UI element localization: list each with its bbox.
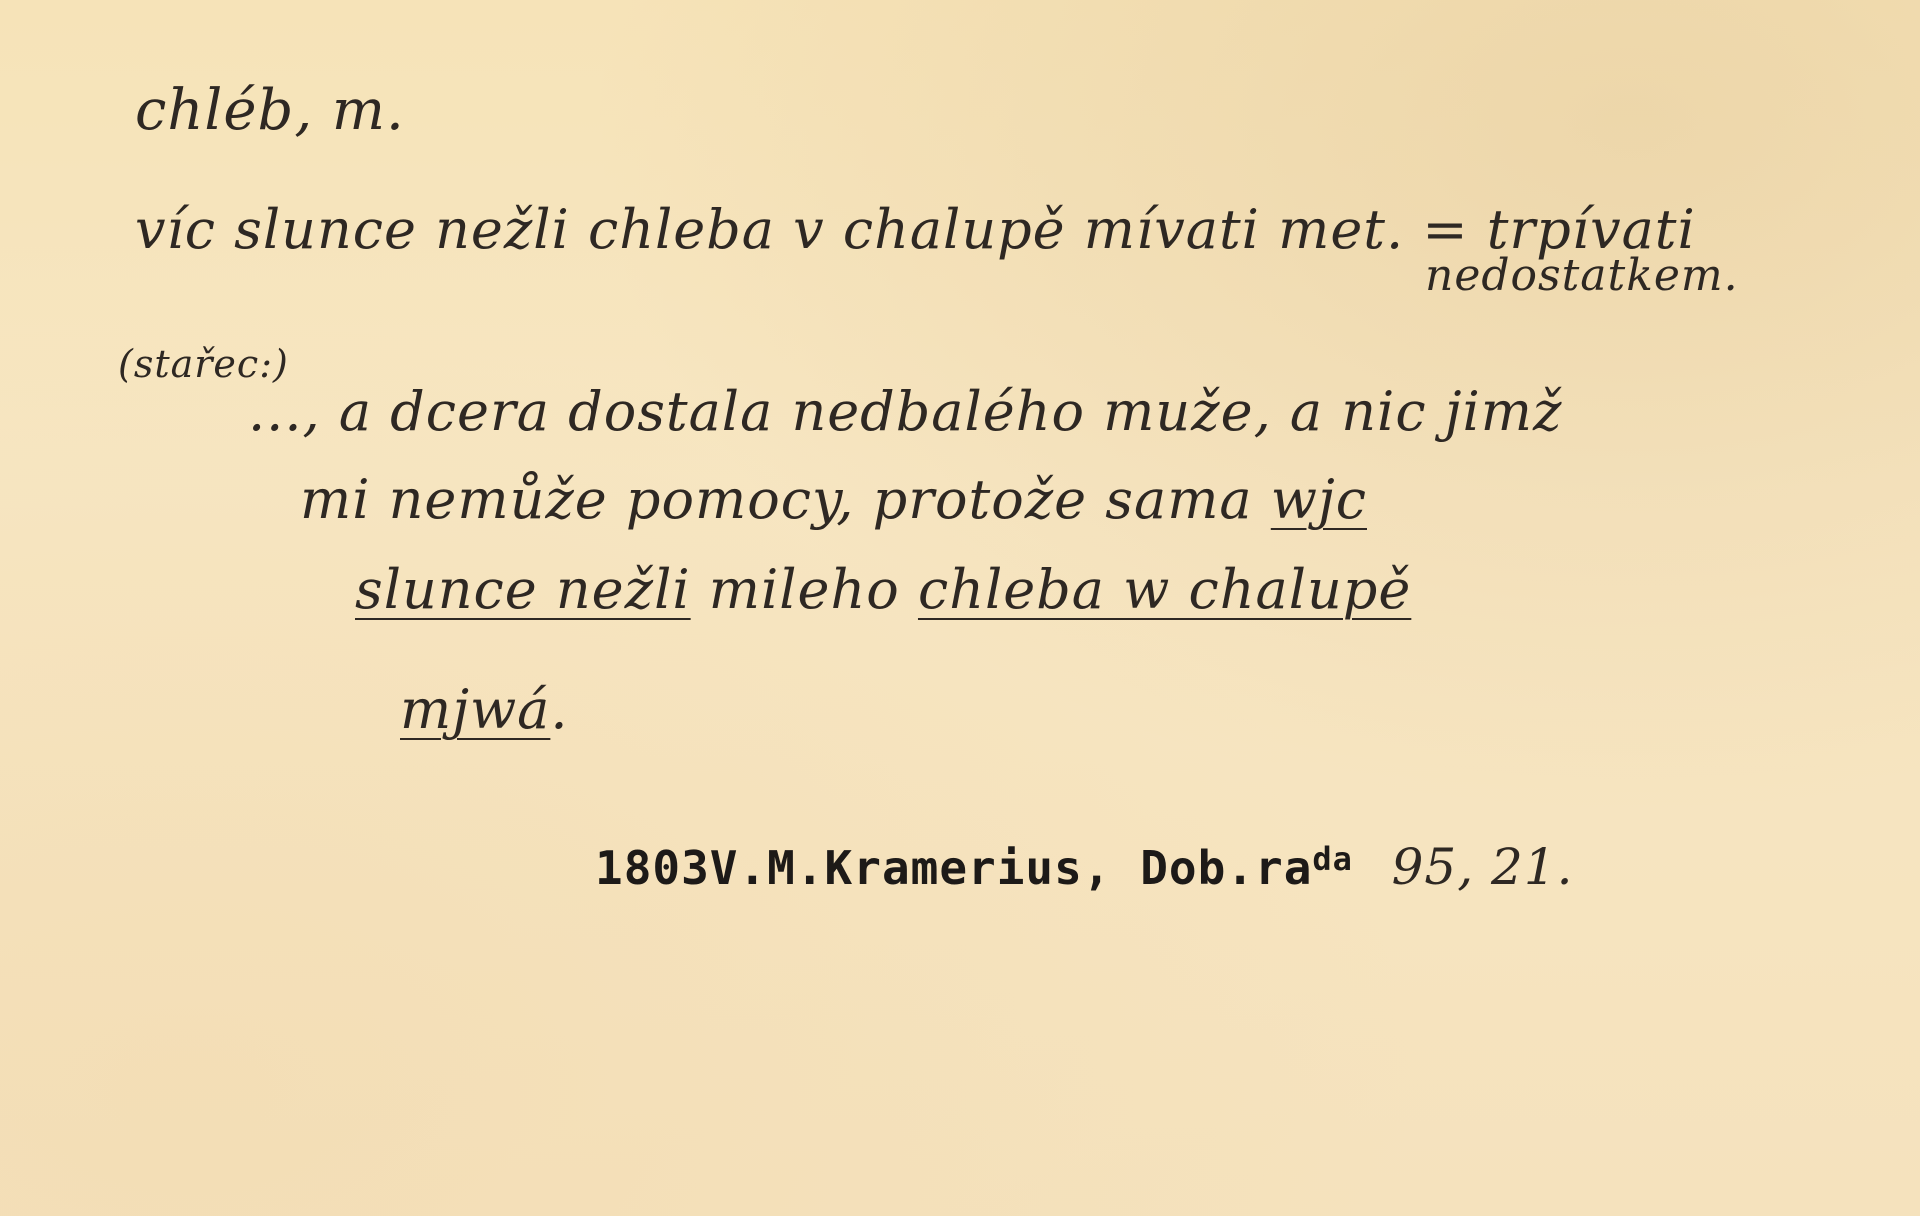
- quote-text: ..., a dcera dostala nedbalého muže, a n…: [248, 380, 1562, 443]
- meaning-continuation: nedostatkem.: [1425, 250, 1739, 301]
- quote-text: .: [550, 678, 568, 741]
- index-card: chléb, m. víc slunce nežli chleba v chal…: [0, 0, 1920, 1216]
- quote-line-1: ..., a dcera dostala nedbalého muže, a n…: [248, 380, 1562, 443]
- source-work-sup: da: [1312, 840, 1353, 878]
- abbrev: met.: [1278, 198, 1404, 261]
- quote-line-2: mi nemůže pomocy, protože sama wjc: [300, 468, 1367, 531]
- source-work: Dob.ra: [1140, 841, 1312, 895]
- source-author: V.M.Kramerius,: [710, 841, 1112, 895]
- source-reference: 95, 21.: [1392, 838, 1574, 896]
- source-stamp: 1803V.M.Kramerius, Dob.rada 95, 21.: [595, 838, 1574, 896]
- quote-line-4: mjwá.: [400, 678, 569, 741]
- source-year: 1803: [595, 841, 710, 895]
- headword: chléb, m.: [135, 78, 405, 143]
- quote-underlined: mjwá: [400, 678, 550, 741]
- quote-underlined: slunce nežli: [355, 558, 691, 621]
- quote-text: mi nemůže pomocy, protože sama: [300, 468, 1271, 531]
- quote-text: mileho: [691, 558, 918, 621]
- quote-line-3: slunce nežli mileho chleba w chalupě: [355, 558, 1411, 621]
- quote-underlined: chleba w chalupě: [918, 558, 1411, 621]
- quote-underlined: wjc: [1271, 468, 1367, 531]
- phrase: víc slunce nežli chleba v chalupě mívati: [135, 198, 1260, 261]
